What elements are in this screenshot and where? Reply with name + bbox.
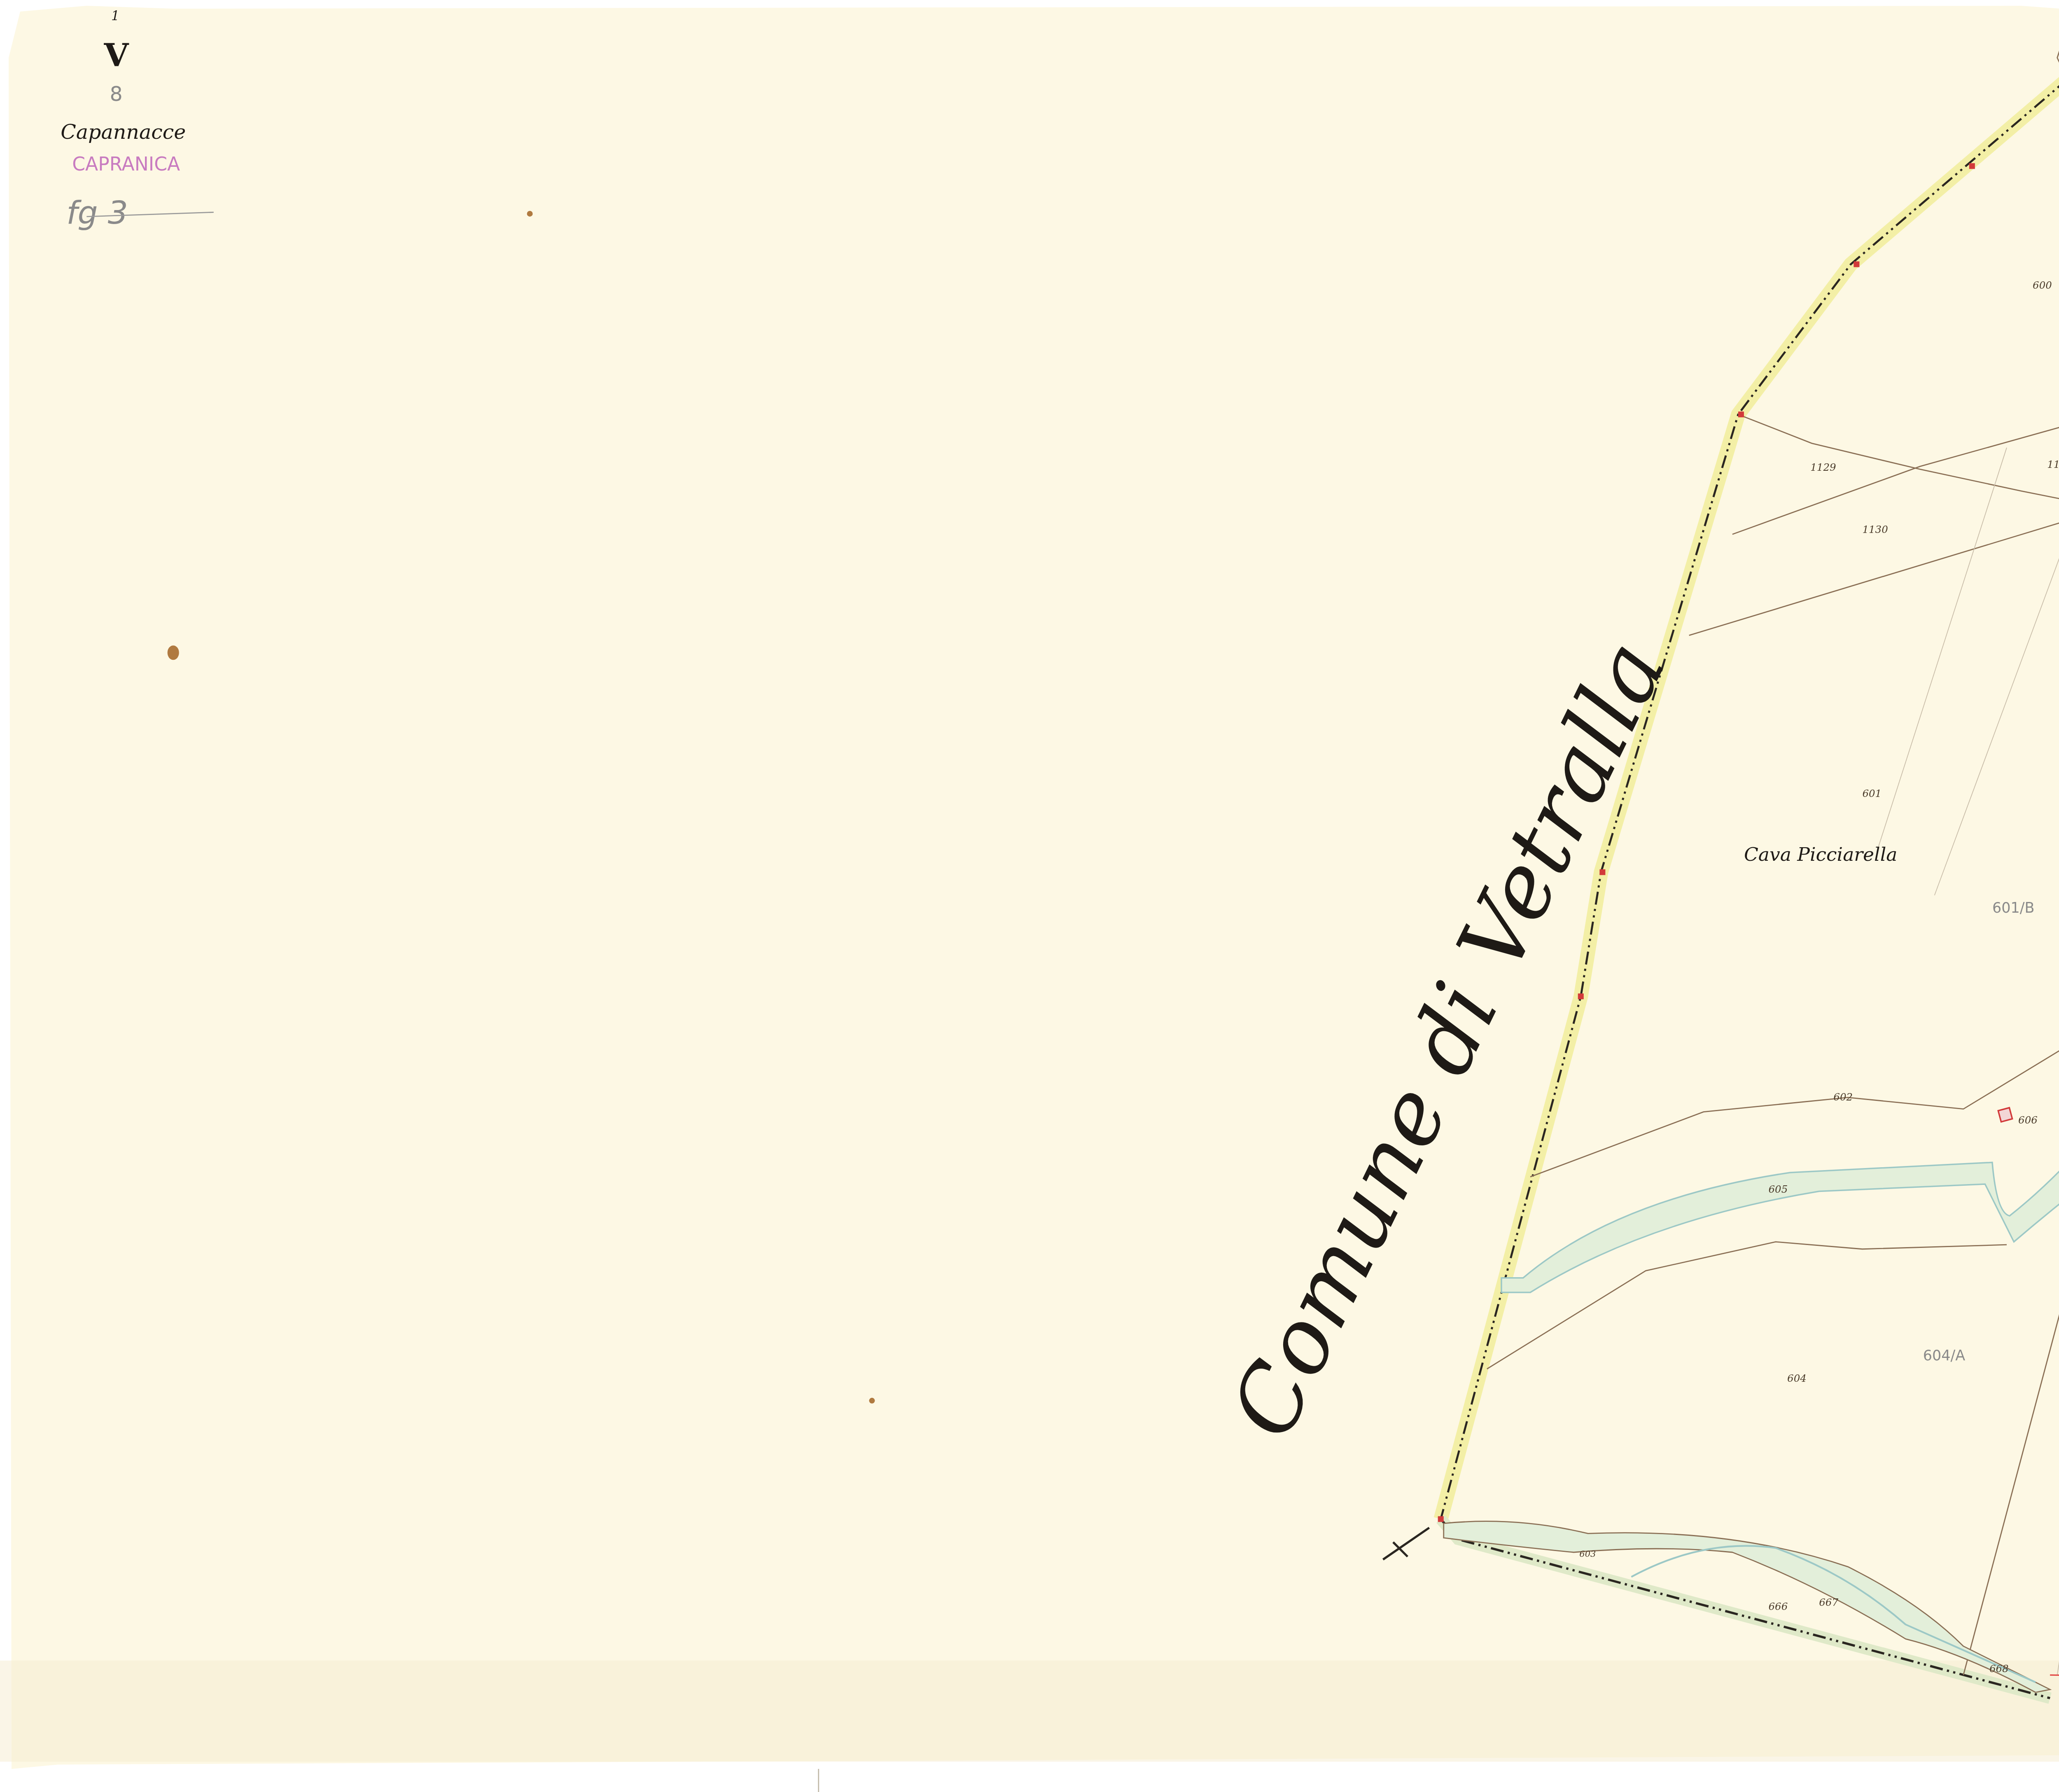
parcel-number: 666 — [1769, 1600, 1788, 1612]
sheet-number: 1 — [111, 9, 119, 23]
parcel-number: 668 — [1989, 1663, 2009, 1675]
parcel-number: 606 — [2018, 1114, 2038, 1126]
marker-icon — [1578, 993, 1584, 999]
parcel-number: 1128 — [2047, 458, 2059, 470]
parcel-number: 667 — [1819, 1596, 1838, 1608]
marker-icon — [1738, 411, 1744, 417]
parcel-number: 1130 — [1862, 523, 1888, 535]
parcel-number: 605 — [1769, 1183, 1788, 1195]
section-letter: V — [103, 37, 129, 74]
pencil-note: fg 3 — [66, 194, 128, 231]
paper-stain — [0, 1661, 2059, 1762]
parcel-number: 603 — [1579, 1549, 1596, 1559]
municipality-stamp: CAPRANICA — [72, 153, 180, 175]
map-canvas: 1 V 8 Capannacce CAPRANICA fg 3 Comune d… — [0, 0, 2059, 1792]
cadastral-map-sheet: 1 V 8 Capannacce CAPRANICA fg 3 Comune d… — [0, 0, 2059, 1792]
foxing-spot — [527, 211, 533, 217]
parcel-number: 602 — [1833, 1091, 1853, 1103]
marker-icon — [1854, 262, 1859, 267]
pencil-number: 8 — [110, 82, 122, 106]
place-name-label: Cava Picciarella — [1744, 843, 1897, 865]
parcel-number: 601/B — [1992, 900, 2035, 916]
parcel-number: 601 — [1862, 787, 1882, 799]
parcel-number: 1129 — [1810, 461, 1836, 473]
parcel-number: 604 — [1787, 1372, 1807, 1384]
foxing-spot — [168, 645, 179, 660]
foxing-spot — [869, 1398, 875, 1404]
parcel-number: 600 — [2033, 279, 2052, 291]
marker-icon — [1438, 1516, 1444, 1522]
marker-icon — [1599, 869, 1605, 875]
parcel-number: 604/A — [1923, 1347, 1966, 1364]
building-icon — [1998, 1107, 2012, 1121]
locality-name: Capannacce — [61, 120, 186, 144]
marker-icon — [1969, 163, 1975, 169]
paper-sheet — [9, 6, 2059, 1769]
